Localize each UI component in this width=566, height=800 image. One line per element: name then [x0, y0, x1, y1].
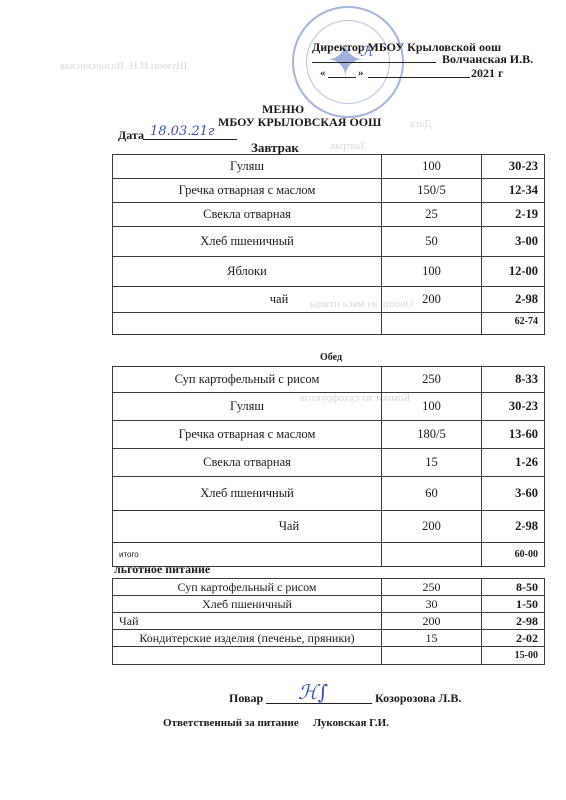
dish-name: Хлеб пшеничный	[113, 227, 382, 257]
dish-name: Чай	[113, 613, 382, 630]
dish-qty: 15	[382, 449, 482, 477]
cook-signature: ℋ∫	[298, 680, 328, 704]
dish-price: 2-98	[482, 511, 545, 543]
dish-qty: 100	[382, 257, 482, 287]
dish-name: Гуляш	[113, 155, 382, 179]
bleed-through-text: Завтрак	[330, 140, 366, 152]
total-price: 60-00	[482, 543, 545, 567]
table-row: Яблоки 100 12-00	[113, 257, 545, 287]
dish-price: 2-98	[482, 613, 545, 630]
empty-cell	[382, 543, 482, 567]
dish-name: Гуляш	[113, 393, 382, 421]
approval-date-open-quote: «	[320, 67, 326, 79]
table-row: Хлеб пшеничный 60 3-60	[113, 477, 545, 511]
cook-label: Повар	[229, 691, 263, 706]
table-row: Гречка отварная с маслом 180/5 13-60	[113, 421, 545, 449]
dish-qty: 30	[382, 596, 482, 613]
dish-qty: 200	[382, 613, 482, 630]
dish-qty: 180/5	[382, 421, 482, 449]
table-row: Чай 200 2-98	[113, 613, 545, 630]
dish-qty: 150/5	[382, 179, 482, 203]
dish-name: Яблоки	[113, 257, 382, 287]
dish-price: 8-33	[482, 367, 545, 393]
dish-price: 2-19	[482, 203, 545, 227]
school-name: МБОУ КРЫЛОВСКАЯ ООШ	[218, 115, 381, 130]
bleed-through-text: Дата	[410, 118, 432, 130]
dish-price: 1-50	[482, 596, 545, 613]
dish-qty: 250	[382, 579, 482, 596]
approval-signer: Волчанская И.В.	[442, 52, 533, 67]
dish-price: 12-34	[482, 179, 545, 203]
dish-name: Гречка отварная с маслом	[113, 179, 382, 203]
dish-qty: 100	[382, 393, 482, 421]
dish-qty: 25	[382, 203, 482, 227]
table-row: Гуляш 100 30-23	[113, 155, 545, 179]
dish-price: 3-60	[482, 477, 545, 511]
dish-price: 1-26	[482, 449, 545, 477]
dish-name: Гречка отварная с маслом	[113, 421, 382, 449]
table-row: Суп картофельный с рисом 250 8-50	[113, 579, 545, 596]
director-signature-line	[312, 52, 436, 63]
date-label: Дата	[118, 128, 144, 143]
dish-qty: 60	[382, 477, 482, 511]
dish-price: 12-00	[482, 257, 545, 287]
dish-name: Суп картофельный с рисом	[113, 367, 382, 393]
dish-name: Хлеб пшеничный	[113, 596, 382, 613]
dish-name: Чай	[113, 511, 382, 543]
lunch-title: Обед	[320, 352, 342, 363]
table-row: Хлеб пшеничный 30 1-50	[113, 596, 545, 613]
dish-qty: 250	[382, 367, 482, 393]
dish-qty: 200	[382, 287, 482, 313]
responsible-name: Луковская Г.И.	[313, 717, 389, 729]
dish-name: Кондитерские изделия (печенье, пряники)	[113, 630, 382, 647]
empty-cell	[382, 647, 482, 665]
benefit-title: льготное питание	[114, 562, 210, 577]
dish-price: 2-02	[482, 630, 545, 647]
approval-day-line	[328, 67, 356, 78]
cook-name: Козорозова Л.В.	[375, 691, 461, 706]
dish-price: 2-98	[482, 287, 545, 313]
benefit-table: Суп картофельный с рисом 250 8-50 Хлеб п…	[112, 578, 545, 665]
bleed-through-text: Щуюоп И.Н. Вознесенская	[60, 60, 187, 72]
table-row: Свекла отварная 25 2-19	[113, 203, 545, 227]
dish-name: чай	[113, 287, 382, 313]
dish-qty: 50	[382, 227, 482, 257]
table-row: Гречка отварная с маслом 150/5 12-34	[113, 179, 545, 203]
total-row: 15-00	[113, 647, 545, 665]
total-label	[113, 313, 382, 335]
table-row: Гуляш 100 30-23	[113, 393, 545, 421]
table-row: Хлеб пшеничный 50 3-00	[113, 227, 545, 257]
dish-name: Хлеб пшеничный	[113, 477, 382, 511]
dish-price: 13-60	[482, 421, 545, 449]
dish-qty: 100	[382, 155, 482, 179]
table-row: Чай 200 2-98	[113, 511, 545, 543]
lunch-table: Суп картофельный с рисом 250 8-33 Гуляш …	[112, 366, 545, 567]
approval-date-close-quote: »	[358, 67, 364, 79]
dish-name: Суп картофельный с рисом	[113, 579, 382, 596]
approval-year: 2021 г	[471, 66, 503, 81]
total-price: 62-74	[482, 313, 545, 335]
table-row: чай 200 2-98	[113, 287, 545, 313]
empty-cell	[382, 313, 482, 335]
director-signature: ℋ	[360, 44, 374, 60]
responsible-label: Ответственный за питание	[163, 717, 299, 729]
date-value: 18.03.21г	[150, 124, 214, 139]
breakfast-table: Гуляш 100 30-23 Гречка отварная с маслом…	[112, 154, 545, 335]
total-row: 62-74	[113, 313, 545, 335]
table-row: Кондитерские изделия (печенье, пряники) …	[113, 630, 545, 647]
dish-price: 30-23	[482, 155, 545, 179]
dish-price: 3-00	[482, 227, 545, 257]
total-label	[113, 647, 382, 665]
dish-price: 8-50	[482, 579, 545, 596]
table-row: Суп картофельный с рисом 250 8-33	[113, 367, 545, 393]
approval-month-line	[368, 67, 470, 78]
dish-name: Свекла отварная	[113, 203, 382, 227]
dish-qty: 15	[382, 630, 482, 647]
table-row: Свекла отварная 15 1-26	[113, 449, 545, 477]
dish-qty: 200	[382, 511, 482, 543]
dish-name: Свекла отварная	[113, 449, 382, 477]
total-price: 15-00	[482, 647, 545, 665]
dish-price: 30-23	[482, 393, 545, 421]
